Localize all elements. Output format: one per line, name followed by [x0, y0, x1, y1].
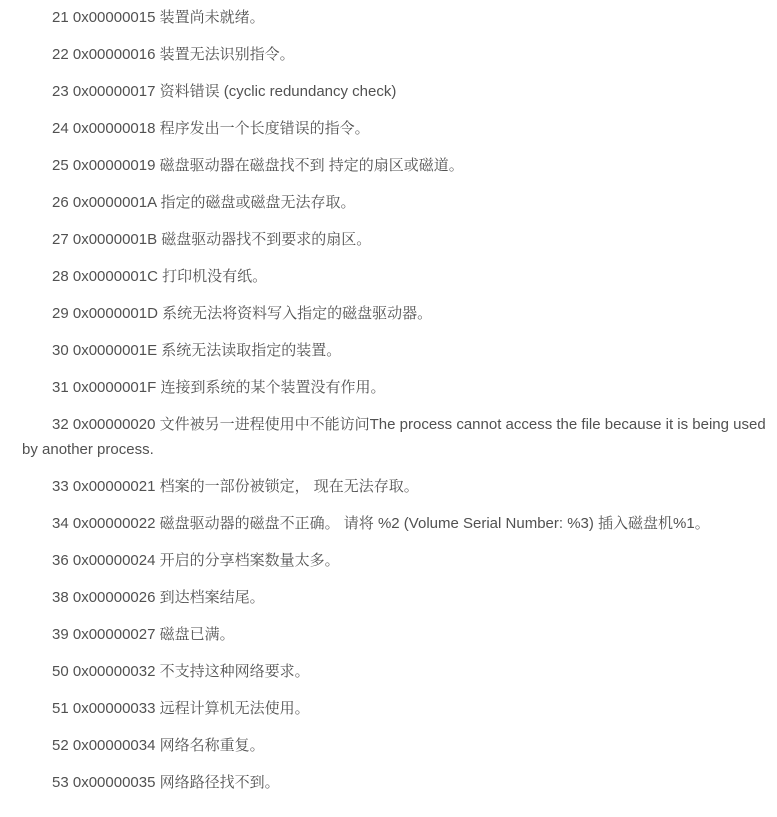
- error-description: 装置尚未就绪。: [160, 9, 265, 26]
- error-hex-code: 0x00000024: [73, 552, 156, 569]
- error-hex-code: 0x0000001E: [73, 342, 157, 359]
- error-description: 档案的一部份被锁定， 现在无法存取。: [160, 478, 419, 495]
- error-description: 网络名称重复。: [160, 737, 265, 754]
- error-description: 网络路径找不到。: [160, 774, 280, 791]
- error-number: 21: [52, 9, 69, 26]
- error-number: 38: [52, 589, 69, 606]
- error-hex-code: 0x00000035: [73, 774, 156, 791]
- error-code-line: 26 0x0000001A 指定的磁盘或磁盘无法存取。: [22, 190, 771, 215]
- error-number: 50: [52, 663, 69, 680]
- error-number: 51: [52, 700, 69, 717]
- error-description: 磁盘驱动器在磁盘找不到 持定的扇区或磁道。: [160, 157, 464, 174]
- error-number: 34: [52, 515, 69, 532]
- error-description: 远程计算机无法使用。: [160, 700, 310, 717]
- error-number: 28: [52, 268, 69, 285]
- error-number: 24: [52, 120, 69, 137]
- error-hex-code: 0x0000001D: [73, 305, 158, 322]
- error-hex-code: 0x0000001A: [73, 194, 156, 211]
- error-hex-code: 0x00000026: [73, 589, 156, 606]
- error-description: 磁盘已满。: [160, 626, 235, 643]
- error-hex-code: 0x0000001C: [73, 268, 158, 285]
- error-code-line: 39 0x00000027 磁盘已满。: [22, 622, 771, 647]
- error-hex-code: 0x00000027: [73, 626, 156, 643]
- error-code-line: 25 0x00000019 磁盘驱动器在磁盘找不到 持定的扇区或磁道。: [22, 153, 771, 178]
- error-hex-code: 0x00000019: [73, 157, 156, 174]
- error-code-line: 24 0x00000018 程序发出一个长度错误的指令。: [22, 116, 771, 141]
- error-number: 29: [52, 305, 69, 322]
- error-hex-code: 0x00000015: [73, 9, 156, 26]
- error-number: 26: [52, 194, 69, 211]
- error-code-line: 28 0x0000001C 打印机没有纸。: [22, 264, 771, 289]
- error-code-line: 36 0x00000024 开启的分享档案数量太多。: [22, 548, 771, 573]
- error-hex-code: 0x00000020: [73, 416, 156, 433]
- error-hex-code: 0x00000022: [73, 515, 156, 532]
- error-number: 33: [52, 478, 69, 495]
- error-hex-code: 0x00000034: [73, 737, 156, 754]
- error-description: 指定的磁盘或磁盘无法存取。: [160, 194, 355, 211]
- error-code-line: 27 0x0000001B 磁盘驱动器找不到要求的扇区。: [22, 227, 771, 252]
- error-hex-code: 0x00000017: [73, 83, 156, 100]
- error-code-line: 34 0x00000022 磁盘驱动器的磁盘不正确。 请将 %2 (Volume…: [22, 511, 771, 536]
- error-description: 系统无法读取指定的装置。: [161, 342, 341, 359]
- error-description: 磁盘驱动器的磁盘不正确。 请将 %2 (Volume Serial Number…: [160, 515, 710, 532]
- error-description: 系统无法将资料写入指定的磁盘驱动器。: [162, 305, 432, 322]
- error-hex-code: 0x00000021: [73, 478, 156, 495]
- error-number: 22: [52, 46, 69, 63]
- error-number: 39: [52, 626, 69, 643]
- error-description: 连接到系统的某个装置没有作用。: [160, 379, 385, 396]
- error-code-line: 22 0x00000016 装置无法识别指令。: [22, 42, 771, 67]
- error-number: 25: [52, 157, 69, 174]
- error-code-line: 32 0x00000020 文件被另一进程使用中不能访问The process …: [22, 412, 771, 462]
- error-number: 30: [52, 342, 69, 359]
- error-code-line: 30 0x0000001E 系统无法读取指定的装置。: [22, 338, 771, 363]
- error-hex-code: 0x00000032: [73, 663, 156, 680]
- error-code-line: 38 0x00000026 到达档案结尾。: [22, 585, 771, 610]
- error-description: 不支持这种网络要求。: [160, 663, 310, 680]
- error-hex-code: 0x0000001F: [73, 379, 156, 396]
- error-hex-code: 0x00000016: [73, 46, 156, 63]
- error-description: 资料错误 (cyclic redundancy check): [160, 83, 397, 100]
- error-description: 打印机没有纸。: [162, 268, 267, 285]
- error-description: 到达档案结尾。: [160, 589, 265, 606]
- error-hex-code: 0x00000018: [73, 120, 156, 137]
- error-number: 53: [52, 774, 69, 791]
- error-code-line: 29 0x0000001D 系统无法将资料写入指定的磁盘驱动器。: [22, 301, 771, 326]
- error-codes-page: 21 0x00000015 装置尚未就绪。 22 0x00000016 装置无法…: [0, 5, 777, 817]
- error-number: 32: [52, 416, 69, 433]
- error-description: 装置无法识别指令。: [160, 46, 295, 63]
- error-hex-code: 0x00000033: [73, 700, 156, 717]
- error-code-list: 21 0x00000015 装置尚未就绪。 22 0x00000016 装置无法…: [22, 5, 771, 795]
- error-description: 开启的分享档案数量太多。: [160, 552, 340, 569]
- error-number: 23: [52, 83, 69, 100]
- error-number: 36: [52, 552, 69, 569]
- error-code-line: 50 0x00000032 不支持这种网络要求。: [22, 659, 771, 684]
- error-hex-code: 0x0000001B: [73, 231, 157, 248]
- error-code-line: 51 0x00000033 远程计算机无法使用。: [22, 696, 771, 721]
- error-code-line: 31 0x0000001F 连接到系统的某个装置没有作用。: [22, 375, 771, 400]
- error-code-line: 52 0x00000034 网络名称重复。: [22, 733, 771, 758]
- error-number: 52: [52, 737, 69, 754]
- error-number: 27: [52, 231, 69, 248]
- error-code-line: 21 0x00000015 装置尚未就绪。: [22, 5, 771, 30]
- error-description: 磁盘驱动器找不到要求的扇区。: [161, 231, 371, 248]
- error-description: 程序发出一个长度错误的指令。: [160, 120, 370, 137]
- error-number: 31: [52, 379, 69, 396]
- error-code-line: 33 0x00000021 档案的一部份被锁定， 现在无法存取。: [22, 474, 771, 499]
- error-code-line: 53 0x00000035 网络路径找不到。: [22, 770, 771, 795]
- error-code-line: 23 0x00000017 资料错误 (cyclic redundancy ch…: [22, 79, 771, 104]
